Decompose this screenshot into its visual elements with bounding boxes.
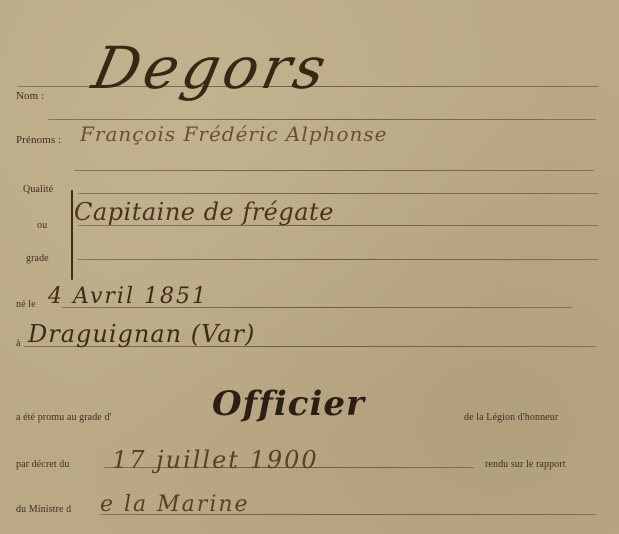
qualite-rule-3 — [78, 259, 598, 260]
qualite-bracket — [71, 190, 73, 280]
ou-label: ou — [37, 220, 47, 231]
prenoms-rule — [74, 170, 594, 171]
qualite-label: Qualité — [23, 184, 53, 195]
nom-rule — [48, 119, 596, 120]
prenoms-label: Prénoms : — [16, 134, 61, 146]
promotion-label-after: de la Légion d'honneur — [464, 412, 558, 423]
date-value: 4 Avril 1851 — [48, 284, 208, 309]
decret-value: 17 juillet 1900 — [112, 446, 319, 474]
ministre-label: du Ministre d — [16, 504, 71, 515]
nom-label: Nom : — [16, 90, 44, 102]
grade-value: Officier — [212, 384, 365, 424]
prenoms-value: François Frédéric Alphonse — [80, 122, 387, 146]
decret-label-after: rendu sur le rapport — [485, 459, 566, 470]
grade-label: grade — [26, 253, 49, 264]
lieu-label: à — [16, 338, 21, 349]
decret-label-before: par décret du — [16, 459, 70, 470]
nom-value: Degors — [87, 34, 336, 102]
lieu-value: Draguignan (Var) — [28, 320, 255, 348]
qualite-value: Capitaine de frégate — [74, 198, 334, 226]
promotion-label-before: a été promu au grade d' — [16, 412, 111, 423]
qualite-rule-1 — [78, 193, 598, 194]
ministre-value: e la Marine — [100, 492, 250, 517]
date-label: né le — [16, 299, 36, 310]
